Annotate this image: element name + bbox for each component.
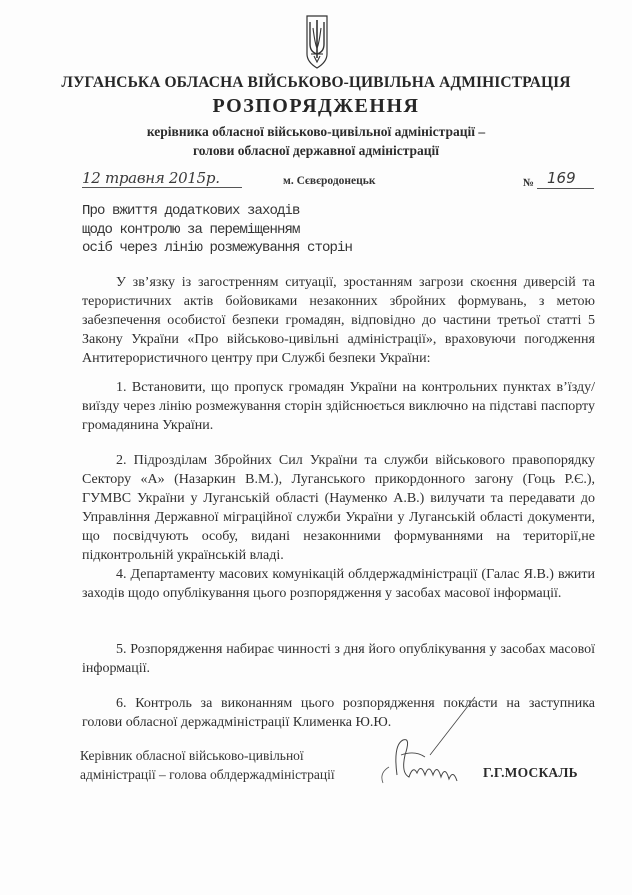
signer-title: Керівник обласної військово-цивільної ад… (80, 747, 335, 784)
subject-line: щодо контролю за переміщенням (82, 221, 352, 240)
clause-6: 6. Контроль за виконанням цього розпоряд… (82, 694, 595, 732)
signer-title-line-2: адміністрації – голова облдержадміністра… (80, 766, 335, 785)
issuer-block: керівника обласної військово-цивільної а… (0, 122, 632, 160)
signer-name: Г.Г.МОСКАЛЬ (483, 765, 578, 781)
clause-2: 2. Підрозділам Збройних Сил України та с… (82, 451, 595, 565)
city-label: м. Сєвєродонецьк (283, 175, 375, 187)
number-label: № (523, 177, 534, 189)
clause-1: 1. Встановити, що пропуск громадян Украї… (82, 378, 595, 435)
clause-4: 4. Департаменту масових комунікацій облд… (82, 565, 595, 603)
preamble-paragraph: У зв’язку із загостренням ситуації, зрос… (82, 273, 595, 368)
organization-title: ЛУГАНСЬКА ОБЛАСНА ВІЙСЬКОВО-ЦИВІЛЬНА АДМ… (0, 74, 632, 92)
subject-block: Про вжиття додаткових заходів щодо контр… (82, 202, 352, 258)
subject-line: Про вжиття додаткових заходів (82, 202, 352, 221)
clause-5: 5. Розпорядження набирає чинності з дня … (82, 640, 595, 678)
issuer-line-1: керівника обласної військово-цивільної а… (0, 122, 632, 141)
handwritten-signature-icon (375, 695, 485, 790)
trident-emblem-icon (305, 14, 329, 70)
subject-line: осіб через лінію розмежування сторін (82, 239, 352, 258)
signer-title-line-1: Керівник обласної військово-цивільної (80, 747, 335, 766)
handwritten-date: 12 травня 2015р. (82, 169, 242, 188)
document-number: 169 (537, 168, 594, 189)
document-page: ЛУГАНСЬКА ОБЛАСНА ВІЙСЬКОВО-ЦИВІЛЬНА АДМ… (0, 0, 632, 895)
issuer-line-2: голови обласної державної адміністрації (0, 141, 632, 160)
document-type-heading: РОЗПОРЯДЖЕННЯ (0, 95, 632, 118)
